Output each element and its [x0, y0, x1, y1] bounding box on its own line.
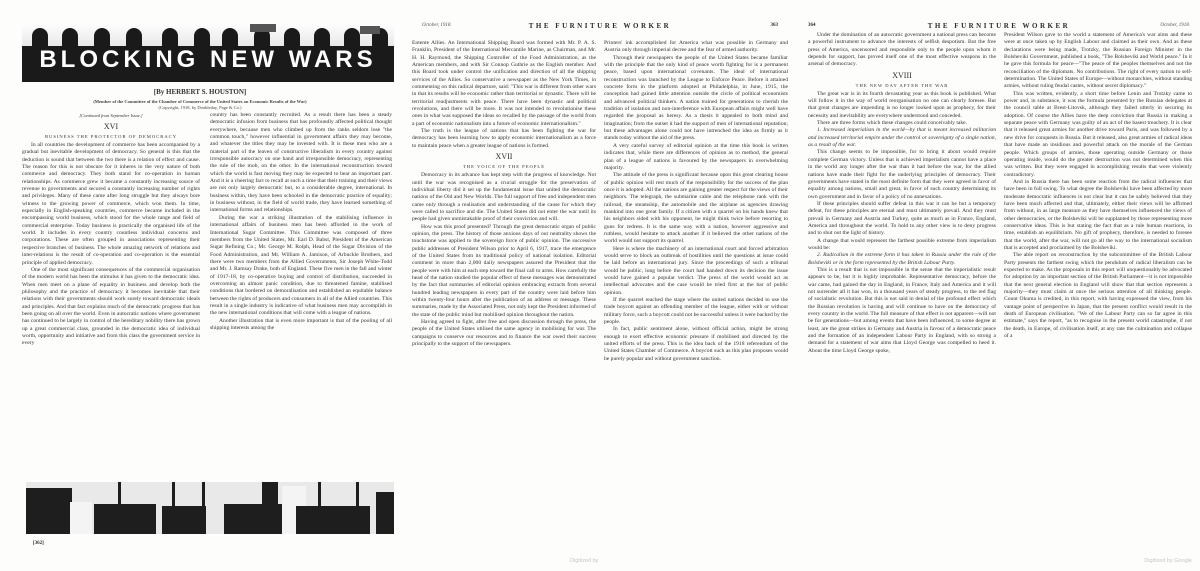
- paragraph: And in Russia there has been some reacti…: [1004, 179, 1192, 252]
- paragraph: The truth is the league of nations that …: [412, 128, 596, 150]
- header-date: October, 1918.: [1160, 23, 1190, 28]
- running-header: October, 1918. THE FURNITURE WORKER 363: [422, 23, 778, 33]
- ship-shape: [162, 506, 206, 534]
- author-note: (Member of the Committee of the Chamber …: [0, 99, 400, 104]
- digitized-watermark: Digitized by Google: [1144, 558, 1192, 564]
- paragraph: country has been constantly recruited. A…: [210, 112, 392, 215]
- paragraph: In all countries the development of comm…: [22, 142, 200, 267]
- paragraph: There are three forms which these change…: [808, 120, 996, 127]
- building-shape: [376, 492, 394, 534]
- page-363: October, 1918. THE FURNITURE WORKER 363 …: [400, 0, 800, 571]
- section-title: BUSINESS THE PROTECTOR OF DEMOCRACY: [22, 133, 200, 141]
- paragraph: Here is where the machinery of an intern…: [604, 246, 788, 297]
- mast-shape: [172, 482, 175, 508]
- paragraph: Another illustration that is even more i…: [210, 318, 392, 333]
- continued-note: [Continued from September Issue.]: [22, 112, 200, 120]
- paragraph: This was written, evidently, a short tim…: [1004, 91, 1192, 179]
- column-left: [Continued from September Issue.] XVI BU…: [22, 112, 200, 348]
- copyright-note: (Copyright, 1918, by Doubleday, Page & C…: [0, 105, 400, 110]
- paragraph: A very careful survey of editorial opini…: [604, 143, 788, 172]
- paragraph: One of the most significant consequences…: [22, 267, 200, 348]
- paragraph: Printers' ink accomplished for America w…: [604, 40, 788, 55]
- paragraph: The great war is in its fourth devastati…: [808, 91, 996, 120]
- paragraph: Entente Allies. An International Shippin…: [412, 40, 596, 128]
- page-number: [362]: [33, 541, 44, 546]
- page-362: BLOCKING NEW WARS [By HERBERT S. HOUSTON…: [0, 0, 400, 571]
- section-number: XVII: [412, 151, 596, 162]
- paragraph: How was this proof presented? Through th…: [412, 224, 596, 319]
- section-number: XVIII: [808, 70, 996, 81]
- page-364: 364 THE FURNITURE WORKER October, 1918. …: [800, 0, 1200, 571]
- numbered-item: 2. Radicalism in the extreme form it has…: [808, 252, 996, 267]
- flag-icon: [250, 24, 276, 32]
- magazine-title: THE FURNITURE WORKER: [422, 22, 778, 30]
- marching-soldiers-banner: BLOCKING NEW WARS: [22, 22, 394, 82]
- flag-icon: [360, 26, 380, 34]
- mast-shape: [202, 482, 205, 508]
- paragraph: During the war a striking illustration o…: [210, 215, 392, 318]
- section-title: THE NEW DAY AFTER THE WAR: [808, 82, 996, 90]
- paragraph: The able report on reconstruction by the…: [1004, 252, 1192, 340]
- column-left: Under the domination of an autocratic go…: [808, 32, 996, 355]
- ship-shape: [296, 506, 370, 534]
- paragraph: President Wilson gave to the world a sta…: [1004, 32, 1192, 91]
- numbered-item: 1. Increased imperialism in the world—by…: [808, 127, 996, 149]
- header-page-number: 363: [771, 23, 779, 28]
- factory-shape: [224, 504, 282, 534]
- paragraph: The attitude of the press is significant…: [604, 172, 788, 245]
- warehouse-shape: [26, 488, 72, 534]
- byline: [By HERBERT S. HOUSTON]: [0, 88, 400, 96]
- column-right: country has been constantly recruited. A…: [210, 112, 392, 332]
- building-shape: [70, 502, 92, 534]
- paragraph: Having agreed to fight, after free and o…: [412, 319, 596, 348]
- ship-shape: [94, 504, 156, 534]
- mast-shape: [356, 482, 359, 508]
- column-left: Entente Allies. An International Shippin…: [412, 40, 596, 348]
- magazine-title: THE FURNITURE WORKER: [808, 22, 1190, 30]
- harbor-factory-illustration: [26, 482, 394, 534]
- mast-shape: [118, 482, 121, 506]
- paragraph: If the quarrel reached the stage where t…: [604, 297, 788, 326]
- paragraph: A change that would represent the farthe…: [808, 238, 996, 253]
- paragraph: If these principles should suffer defeat…: [808, 201, 996, 238]
- column-right: Printers' ink accomplished for America w…: [604, 40, 788, 363]
- digitized-watermark: Digitized by: [570, 558, 598, 564]
- column-right: President Wilson gave to the world a sta…: [1004, 32, 1192, 340]
- paragraph: In fact, public sentiment alone, without…: [604, 326, 788, 363]
- section-number: XVI: [22, 121, 200, 132]
- paragraph: Democracy in its advance has kept step w…: [412, 172, 596, 223]
- paragraph: This is a result that is not impossible …: [808, 267, 996, 355]
- paragraph: Under the domination of an autocratic go…: [808, 32, 996, 69]
- section-title: THE VOICE OF THE PEOPLE: [412, 163, 596, 171]
- paragraph: This change seems to be impossible, for …: [808, 149, 996, 200]
- smokestack-shape: [262, 482, 278, 506]
- article-title: BLOCKING NEW WARS: [22, 46, 394, 74]
- mast-shape: [318, 482, 321, 508]
- paragraph: Through their newspapers the people of t…: [604, 55, 788, 143]
